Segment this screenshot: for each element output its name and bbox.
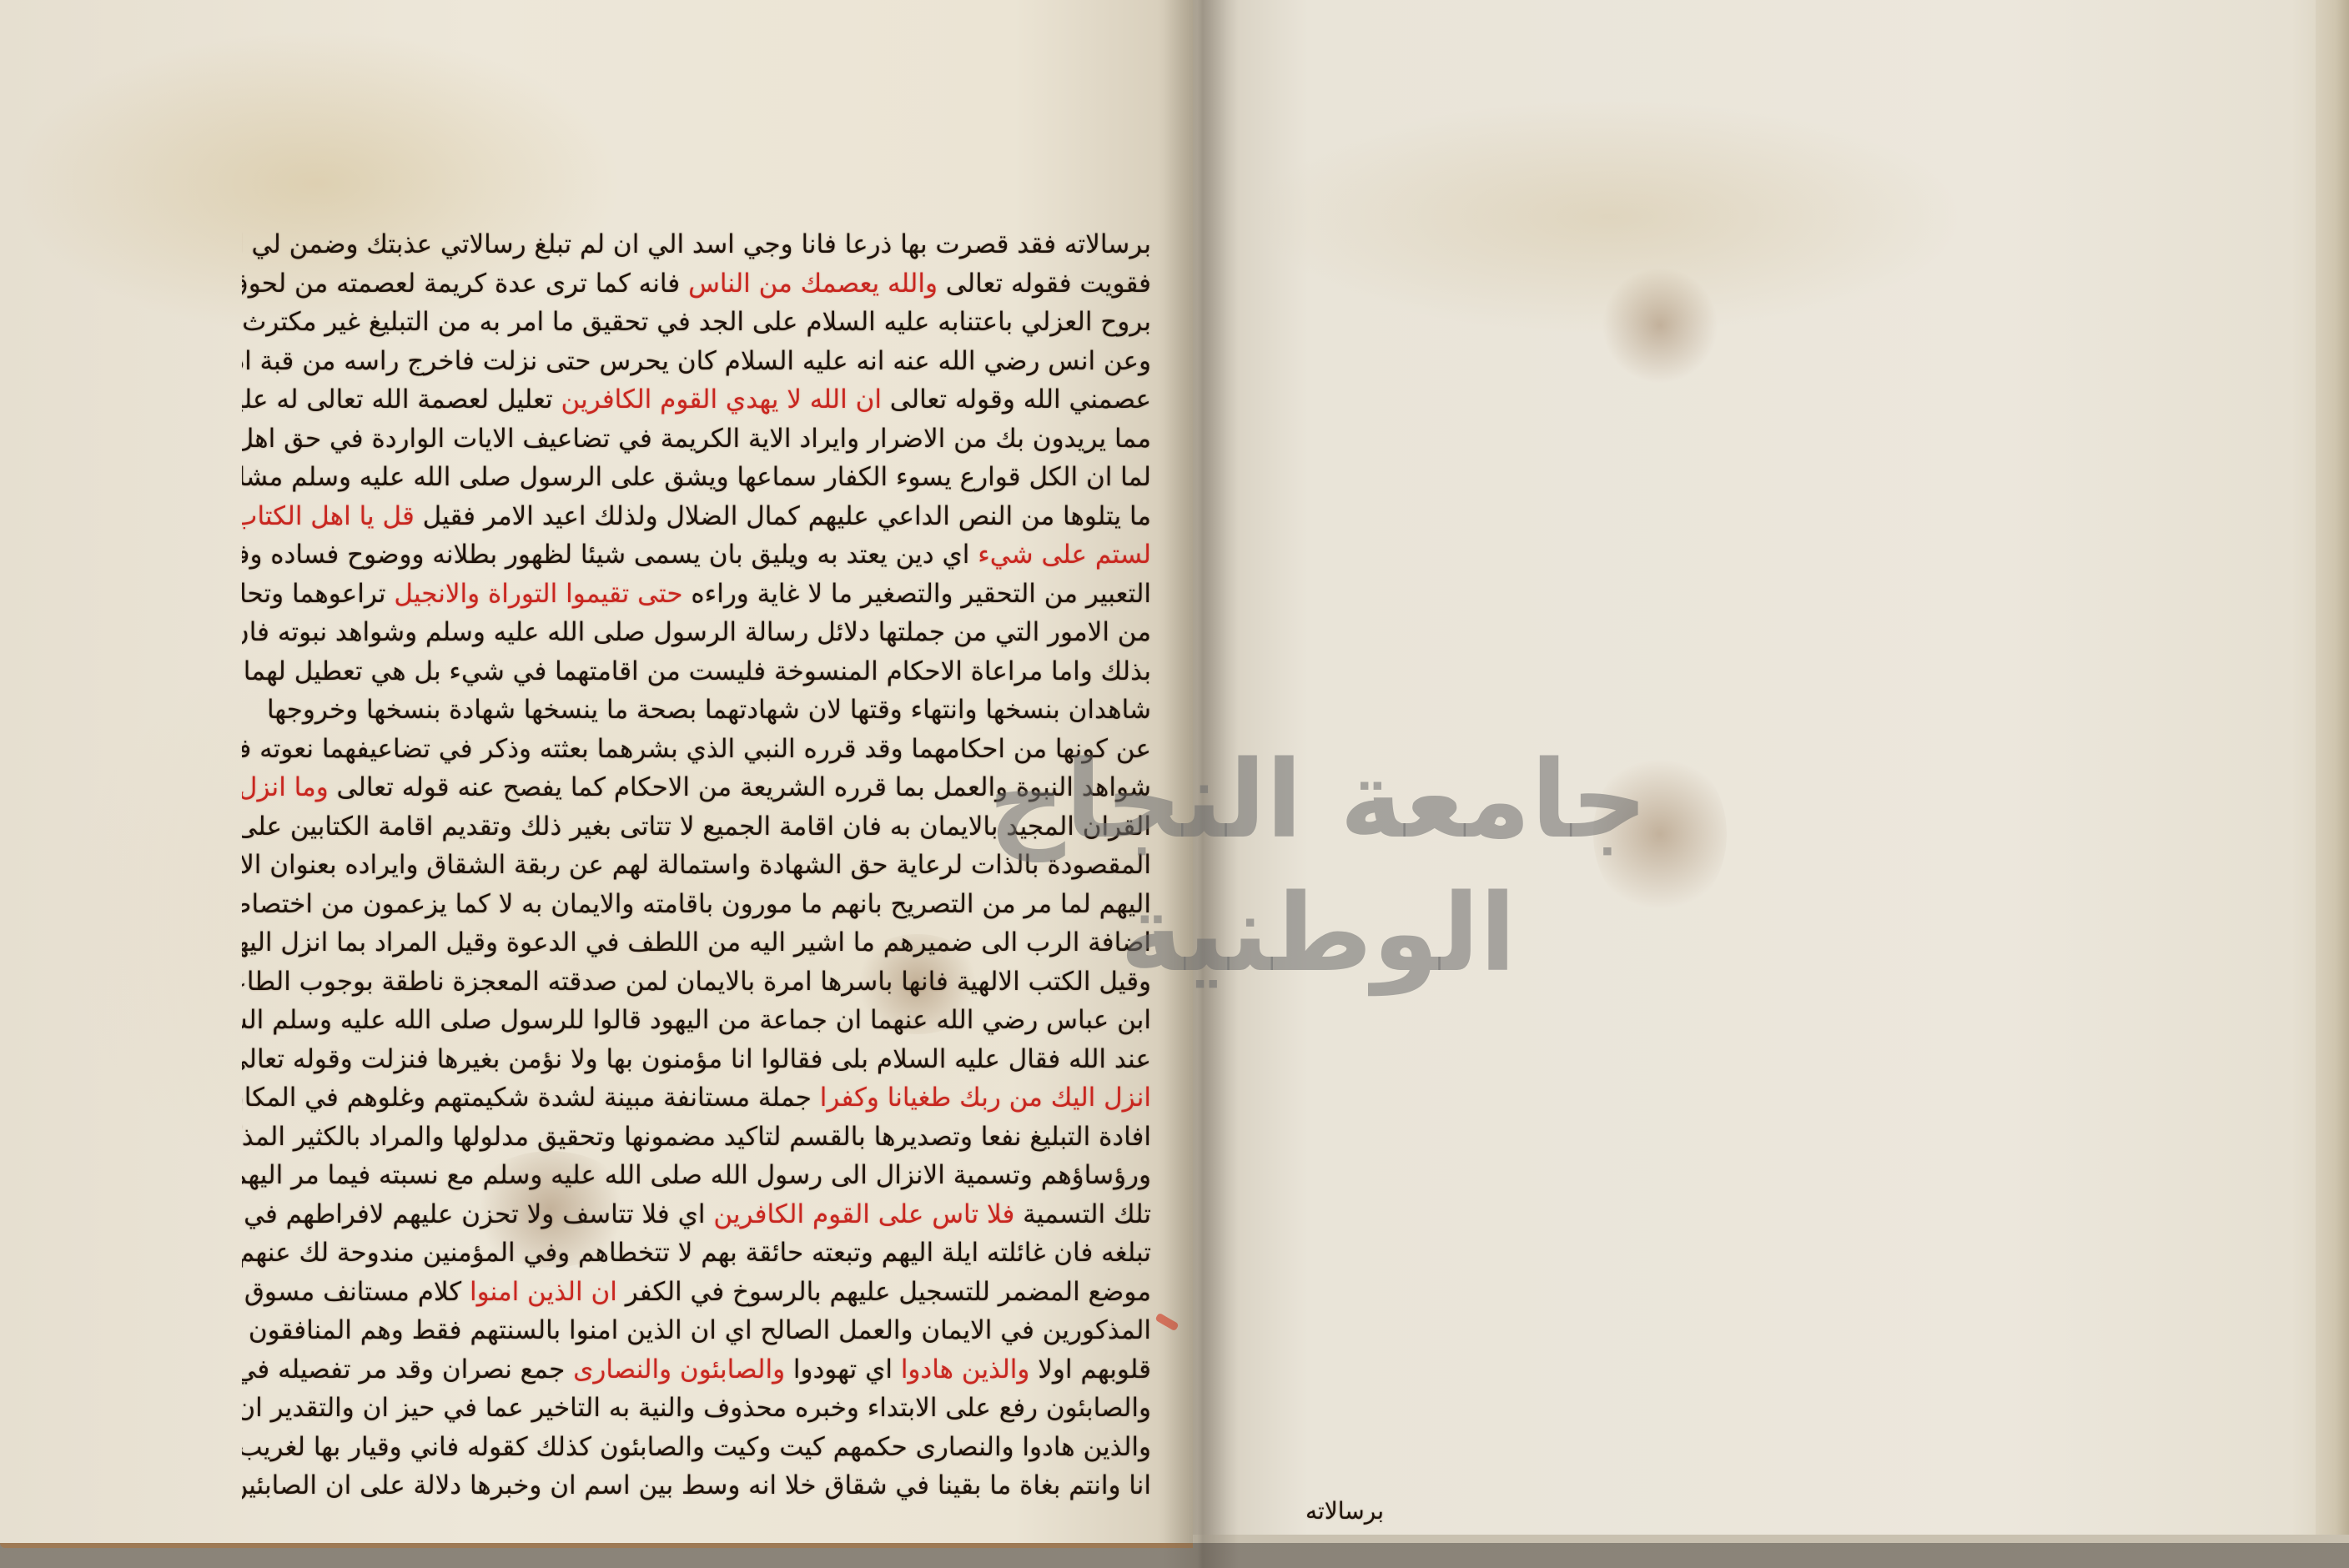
page-edge: [2316, 0, 2349, 1543]
body-text: ورؤساؤهم وتسمية الانزال الى رسول الله صل…: [242, 1160, 1151, 1190]
body-text: بروح العزلي باعتنابه عليه السلام على الج…: [242, 307, 1151, 337]
manuscript-line: لستم على شيء اي دين يعتد به ويليق بان يس…: [242, 535, 1151, 575]
manuscript-line: ورؤساؤهم وتسمية الانزال الى رسول الله صل…: [242, 1156, 1151, 1195]
body-text: فانه كما ترى عدة كريمة لعصمته من لحوق ضر…: [242, 269, 688, 299]
body-text: تراعوهما وتحافظوا على ما فيهما: [242, 579, 394, 609]
body-text: والذين هادوا والنصارى حكمهم كيت وكيت وال…: [242, 1432, 1151, 1462]
body-text: جمع نصران وقد مر تفصيله في سورة البقرة و…: [242, 1354, 573, 1385]
body-text: المذكورين في الايمان والعمل الصالح اي ان…: [242, 1315, 1151, 1345]
manuscript-line: برسالاته فقد قصرت بها ذرعا فانا وجي اسد …: [242, 225, 1151, 264]
manuscript-line: تلك التسمية فلا تاس على القوم الكافرين ا…: [242, 1195, 1151, 1234]
manuscript-line: افادة التبليغ نفعا وتصديرها بالقسم لتاكي…: [242, 1118, 1151, 1157]
manuscript-line: عصمني الله وقوله تعالى ان الله لا يهدي ا…: [242, 380, 1151, 420]
catchword: برسالاته: [1305, 1497, 1384, 1525]
body-text: شواهد النبوة والعمل بما قرره الشريعة من …: [329, 772, 1151, 802]
body-text: عصمني الله وقوله تعالى: [882, 384, 1151, 415]
red-mark: [1154, 1313, 1179, 1332]
body-text: لما ان الكل قوارع يسوء الكفار سماعها ويش…: [242, 462, 1151, 492]
manuscript-line: ما يتلوها من النص الداعي عليهم كمال الضل…: [242, 497, 1151, 536]
manuscript-line: والصابئون رفع على الابتداء وخبره محذوف و…: [242, 1389, 1151, 1428]
manuscript-line: شواهد النبوة والعمل بما قرره الشريعة من …: [242, 768, 1151, 807]
rubric-text: والله يعصمك من الناس: [688, 269, 938, 299]
manuscript-line: انزل اليك من ربك طغيانا وكفرا جملة مستان…: [242, 1078, 1151, 1118]
body-text: شاهدان بنسخها وانتهاء وقتها لان شهادتهما…: [267, 695, 1151, 725]
body-text: اضافة الرب الى ضميرهم ما اشير اليه من ال…: [242, 927, 1151, 957]
body-text: كلام مستانف مسوق للترغيب من عدا: [242, 1277, 470, 1307]
body-text: والصابئون رفع على الابتداء وخبره محذوف و…: [242, 1393, 1151, 1423]
left-page: برسالاته فقد قصرت بها ذرعا فانا وجي اسد …: [0, 0, 1193, 1548]
ink-stain: [1602, 267, 1718, 384]
body-text: ما يتلوها من النص الداعي عليهم كمال الضل…: [415, 501, 1151, 531]
rubric-text: وما انزل اليكم من ربكم: [242, 772, 329, 802]
manuscript-line: لما ان الكل قوارع يسوء الكفار سماعها ويش…: [242, 458, 1151, 497]
rubric-text: قل يا اهل الكتاب: [242, 501, 415, 531]
manuscript-line: انا وانتم بغاة ما بقينا في شقاق خلا انه …: [242, 1466, 1151, 1505]
body-text: تلك التسمية: [1014, 1199, 1151, 1229]
rubric-text: والذين هادوا: [901, 1354, 1030, 1385]
body-text: وعن انس رضي الله عنه انه عليه السلام كان…: [242, 346, 1151, 376]
body-text: وقيل الكتب الالهية فانها باسرها امرة بال…: [242, 967, 1151, 997]
manuscript-line: عن كونها من احكامهما وقد قرره النبي الذي…: [242, 730, 1151, 769]
body-text: اليهم لما مر من التصريح بانهم ما مورون ب…: [242, 889, 1151, 919]
manuscript-line: من الامور التي من جملتها دلائل رسالة الر…: [242, 613, 1151, 652]
body-text: بذلك واما مراعاة الاحكام المنسوخة فليست …: [242, 656, 1151, 686]
manuscript-line: والذين هادوا والنصارى حكمهم كيت وكيت وال…: [242, 1428, 1151, 1467]
right-page: العظم ونهاية الكثرة ولم نؤاخذهم بها ولاد…: [1193, 0, 2349, 1543]
manuscript-line: بروح العزلي باعتنابه عليه السلام على الج…: [242, 303, 1151, 342]
manuscript-line: القران المجيد بالايمان به فان اقامة الجم…: [242, 807, 1151, 847]
manuscript-line: مما يريدون بك من الاضرار وايراد الاية ال…: [242, 420, 1151, 459]
body-text: جملة مستانفة مبينة لشدة شكيمتهم وغلوهم ف…: [242, 1083, 820, 1113]
manuscript-line: اليهم لما مر من التصريح بانهم ما مورون ب…: [242, 885, 1151, 924]
body-text: تعليل لعصمة الله تعالى له عليه السلام اي…: [242, 384, 561, 415]
manuscript-line: المقصودة بالذات لرعاية حق الشهادة واستما…: [242, 846, 1151, 885]
manuscript-line: التعبير من التحقير والتصغير ما لا غاية و…: [242, 575, 1151, 614]
manuscript-line: المذكورين في الايمان والعمل الصالح اي ان…: [242, 1311, 1151, 1350]
left-page-text: برسالاته فقد قصرت بها ذرعا فانا وجي اسد …: [242, 225, 1151, 1505]
rubric-text: لستم على شيء: [978, 540, 1151, 570]
body-text: عن كونها من احكامهما وقد قرره النبي الذي…: [242, 734, 1151, 764]
body-text: قلوبهم اولا: [1029, 1354, 1151, 1385]
manuscript-line: شاهدان بنسخها وانتهاء وقتها لان شهادتهما…: [242, 691, 1151, 730]
manuscript-line: عند الله فقال عليه السلام بلى فقالوا انا…: [242, 1040, 1151, 1079]
rubric-text: حتى تقيموا التوراة والانجيل: [394, 579, 682, 609]
body-text: القران المجيد بالايمان به فان اقامة الجم…: [242, 812, 1151, 842]
body-text: برسالاته فقد قصرت بها ذرعا فانا وجي اسد …: [242, 229, 1151, 259]
body-text: اي تهودوا: [785, 1354, 901, 1385]
body-text: ابن عباس رضي الله عنهما ان جماعة من اليه…: [242, 1005, 1151, 1035]
body-text: فقويت فقوله تعالى: [938, 269, 1151, 299]
rubric-text: فلا تاس على القوم الكافرين: [713, 1199, 1014, 1229]
body-text: انا وانتم بغاة ما بقينا في شقاق خلا انه …: [242, 1470, 1151, 1500]
rubric-text: انزل اليك من ربك طغيانا وكفرا: [820, 1083, 1151, 1113]
manuscript-line: ابن عباس رضي الله عنهما ان جماعة من اليه…: [242, 1001, 1151, 1040]
body-text: اي دين يعتد به ويليق بان يسمى شيئا لظهور…: [242, 540, 978, 570]
body-text: من الامور التي من جملتها دلائل رسالة الر…: [242, 617, 1151, 647]
manuscript-line: وقيل الكتب الالهية فانها باسرها امرة بال…: [242, 962, 1151, 1002]
body-text: اي فلا تتاسف ولا تحزن عليهم لافراطهم في …: [242, 1199, 713, 1229]
body-text: التعبير من التحقير والتصغير ما لا غاية و…: [683, 579, 1151, 609]
manuscript-line: بذلك واما مراعاة الاحكام المنسوخة فليست …: [242, 652, 1151, 691]
rubric-text: والصابئون والنصارى: [573, 1354, 785, 1385]
rubric-text: ان الله لا يهدي القوم الكافرين: [561, 384, 882, 415]
manuscript-line: اضافة الرب الى ضميرهم ما اشير اليه من ال…: [242, 923, 1151, 962]
body-text: مما يريدون بك من الاضرار وايراد الاية ال…: [242, 424, 1151, 454]
body-text: افادة التبليغ نفعا وتصديرها بالقسم لتاكي…: [242, 1122, 1151, 1152]
manuscript-line: موضع المضمر للتسجيل عليهم بالرسوخ في الك…: [242, 1273, 1151, 1312]
body-text: المقصودة بالذات لرعاية حق الشهادة واستما…: [242, 850, 1151, 880]
manuscript-line: وعن انس رضي الله عنه انه عليه السلام كان…: [242, 342, 1151, 381]
body-text: تبلغه فان غائلته ايلة اليهم وتبعته حائقة…: [242, 1238, 1151, 1268]
body-text: موضع المضمر للتسجيل عليهم بالرسوخ في الك…: [617, 1277, 1151, 1307]
manuscript-line: تبلغه فان غائلته ايلة اليهم وتبعته حائقة…: [242, 1234, 1151, 1273]
rubric-text: ان الذين امنوا: [470, 1277, 617, 1307]
body-text: عند الله فقال عليه السلام بلى فقالوا انا…: [242, 1044, 1151, 1074]
manuscript-line: قلوبهم اولا والذين هادوا اي تهودوا والصا…: [242, 1350, 1151, 1390]
manuscript-line: فقويت فقوله تعالى والله يعصمك من الناس ف…: [242, 264, 1151, 304]
ink-stain: [1593, 751, 1727, 917]
